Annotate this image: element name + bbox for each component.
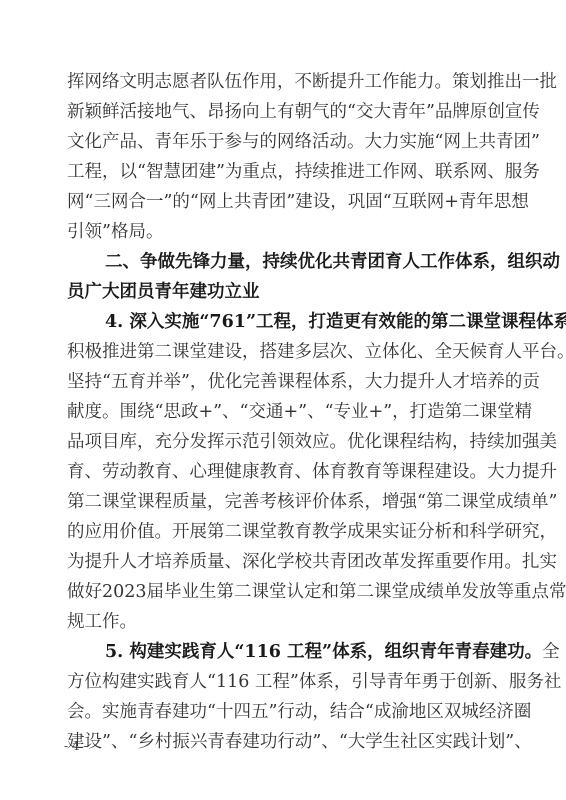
paragraph-line: 的应用价值。开展第二课堂教育教学成果实证分析和科学研究，	[67, 517, 499, 547]
paragraph-line: 育、劳动教育、心理健康教育、体育教育等课程建设。大力提升	[67, 457, 499, 487]
paragraph-line: 品项目库，充分发挥示范引领效应。优化课程结构，持续加强美	[67, 427, 499, 457]
document-page: 挥网络文明志愿者队伍作用，不断提升工作能力。策划推出一批 新颖鲜活接地气、昂扬向…	[0, 0, 566, 800]
paragraph-line: 规工作。	[67, 607, 499, 637]
item-5-title-tail: 全	[542, 642, 560, 662]
paragraph-line: 工程，以“智慧团建”为重点，持续推进工作网、联系网、服务	[67, 157, 499, 187]
paragraph-line: 为提升人才培养质量、深化学校共青团改革发挥重要作用。扎实	[67, 547, 499, 577]
item-4-title: 4. 深入实施“761”工程，打造更有效能的第二课堂课程体系。	[67, 307, 499, 337]
paragraph-line: 引领”格局。	[67, 217, 499, 247]
paragraph-line: 积极推进第二课堂建设，搭建多层次、立体化、全天候育人平台。	[67, 337, 499, 367]
item-5-title-line: 5. 构建实践育人“116 工程”体系，组织青年青春建功。全	[67, 637, 499, 667]
section-heading-line-2: 员广大团员青年建功立业	[67, 277, 499, 307]
paragraph-line: 第二课堂课程质量，完善考核评价体系，增强“第二课堂成绩单”	[67, 487, 499, 517]
document-body: 挥网络文明志愿者队伍作用，不断提升工作能力。策划推出一批 新颖鲜活接地气、昂扬向…	[67, 67, 499, 757]
paragraph-line: 新颖鲜活接地气、昂扬向上有朝气的“交大青年”品牌原创宣传	[67, 97, 499, 127]
paragraph-line: 建设”、“乡村振兴青春建功行动”、“大学生社区实践计划”、	[67, 727, 499, 757]
item-5-title: 5. 构建实践育人“116 工程”体系，组织青年青春建功。	[105, 642, 542, 662]
paragraph-line: 网“三网合一”的“网上共青团”建设，巩固“互联网+青年思想	[67, 187, 499, 217]
paragraph-line: 献度。围绕“思政+”、“交通+”、“专业+”，打造第二课堂精	[67, 397, 499, 427]
paragraph-line: 挥网络文明志愿者队伍作用，不断提升工作能力。策划推出一批	[67, 67, 499, 97]
paragraph-line: 方位构建实践育人“116 工程”体系，引导青年勇于创新、服务社	[67, 667, 499, 697]
paragraph-line: 做好2023届毕业生第二课堂认定和第二课堂成绩单发放等重点常	[67, 577, 499, 607]
paragraph-line: 坚持“五育并举”，优化完善课程体系，大力提升人才培养的贡	[67, 367, 499, 397]
section-heading-line-1: 二、争做先锋力量，持续优化共青团育人工作体系，组织动	[67, 247, 499, 277]
paragraph-line: 文化产品、青年乐于参与的网络活动。大力实施“网上共青团”	[67, 127, 499, 157]
page-number: - 4 -	[64, 739, 87, 753]
paragraph-line: 会。实施青春建功“十四五”行动，结合“成渝地区双城经济圈	[67, 697, 499, 727]
